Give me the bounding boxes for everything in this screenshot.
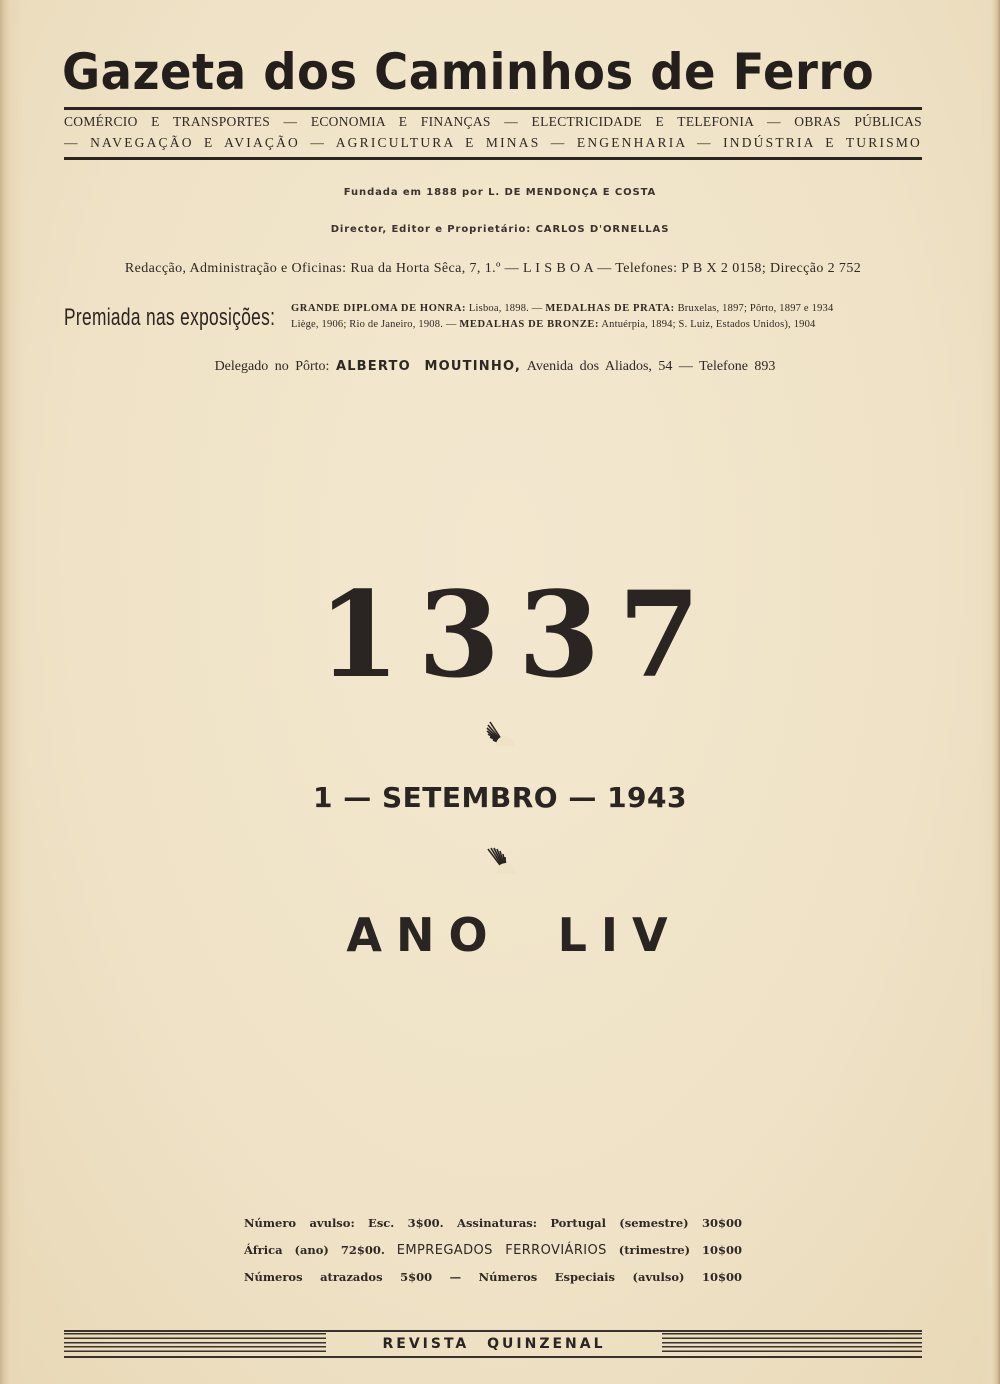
price-africa: África (ano) 72$00. [244,1243,397,1257]
issue-number: 1337 [0,580,1000,690]
award-text: Bruxelas, 1897; Pôrto, 1897 e 1934 [675,303,834,314]
masthead-rule-bottom [64,157,922,160]
price-line-1: Número avulso: Esc. 3$00. Assinaturas: P… [244,1216,742,1230]
masthead-rule-top [64,107,922,110]
delegate-prefix: Delegado no Pôrto: [215,359,336,374]
award-grand-diploma: GRANDE DIPLOMA DE HONRA: [291,303,466,314]
director-credit: Director, Editor e Proprietário: CARLOS … [0,224,1000,235]
topics-line-2: — NAVEGAÇÃO E AVIAÇÃO — AGRICULTURA E MI… [64,135,922,151]
address-line: Redacção, Administração e Oficinas: Rua … [64,261,922,277]
prices-block: Número avulso: Esc. 3$00. Assinaturas: P… [244,1216,742,1297]
fan-ornament-icon [478,846,522,874]
awards-line-2: Liège, 1906; Rio de Janeiro, 1908. — MED… [291,319,816,330]
delegate-suffix: Avenida dos Aliados, 54 — Telefone 893 [521,359,775,374]
fan-ornament-icon [478,718,522,746]
founded-credit: Fundada em 1888 por L. DE MENDONÇA E COS… [0,187,1000,198]
issue-date: 1 — SETEMBRO — 1943 [0,781,1000,815]
award-text: Antuérpia, 1894; S. Luiz, Estados Unidos… [599,319,815,330]
footer-hatch-right [662,1333,922,1355]
price-line-2: África (ano) 72$00. EMPREGADOS FERROVIÁR… [244,1243,742,1258]
footer-label: REVISTA QUINZENAL [326,1336,662,1352]
award-silver-medals: MEDALHAS DE PRATA: [545,303,674,314]
delegate-line: Delegado no Pôrto: ALBERTO MOUTINHO, Ave… [60,359,930,375]
topics-line-1: COMÉRCIO E TRANSPORTES — ECONOMIA E FINA… [64,114,922,130]
award-text: Lisboa, 1898. — [466,303,545,314]
award-text: Liège, 1906; Rio de Janeiro, 1908. — [291,319,459,330]
footer-band: REVISTA QUINZENAL [64,1330,922,1358]
price-railway-employees: EMPREGADOS FERROVIÁRIOS [397,1243,607,1258]
awards-label: Premiada nas exposições: [64,304,275,332]
footer-hatch-left [64,1333,326,1355]
price-line-3: Números atrazados 5$00 — Números Especia… [244,1270,742,1284]
issue-year-label: ANO LIV [0,907,1000,963]
footer-rule-top [64,1330,922,1332]
delegate-name: ALBERTO MOUTINHO, [336,359,521,374]
awards-block: Premiada nas exposições: GRANDE DIPLOMA … [64,300,934,340]
masthead-title: Gazeta dos Caminhos de Ferro [62,38,864,106]
award-bronze-medals: MEDALHAS DE BRONZE: [459,319,599,330]
price-quarterly: (trimestre) 10$00 [607,1243,742,1257]
awards-line-1: GRANDE DIPLOMA DE HONRA: Lisboa, 1898. —… [291,303,833,314]
footer-rule-bottom [64,1356,922,1358]
